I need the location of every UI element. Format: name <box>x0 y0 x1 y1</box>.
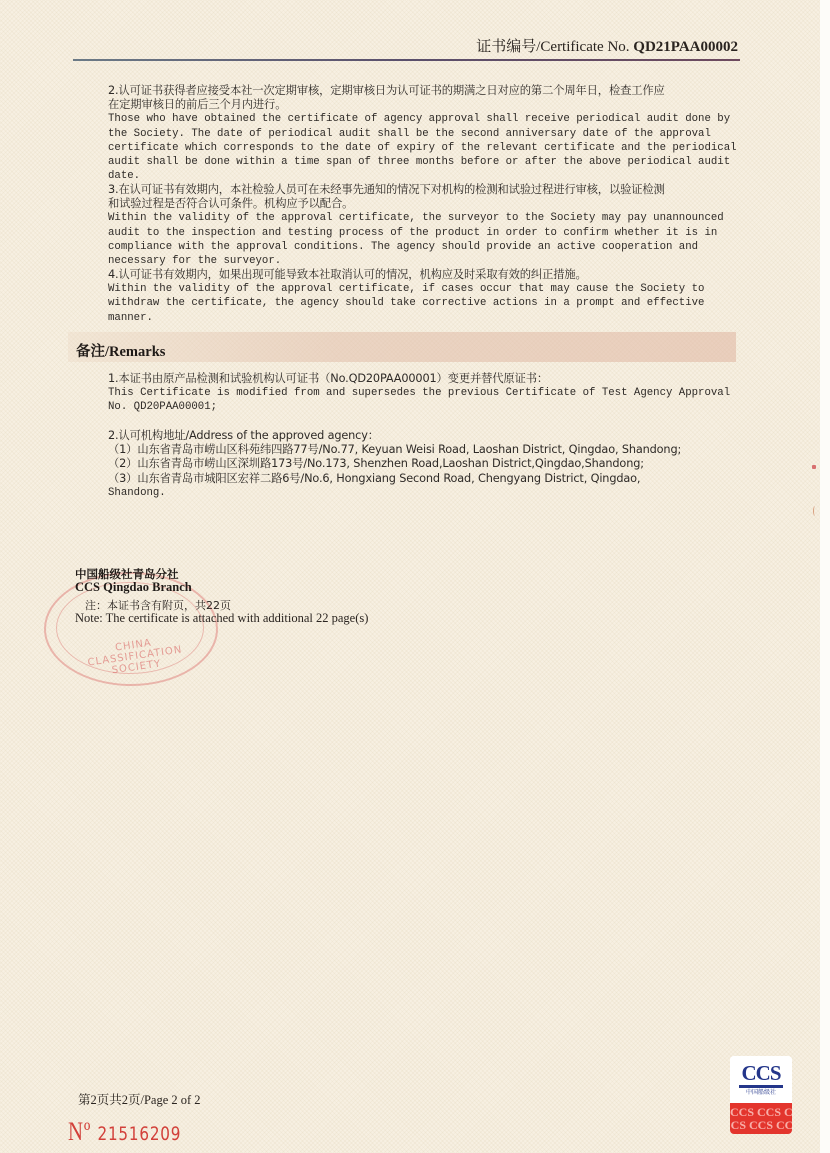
ccs-logo-label: CCS 中国船级社 CCS CCS CCS CCS C CCS CCS CCS … <box>730 1056 792 1134</box>
serial-digits: 21516209 <box>97 1123 181 1145</box>
remark-1-en-line: No. QD20PAA00001; <box>108 400 730 414</box>
remark-1-en-line: This Certificate is modified from and su… <box>108 386 730 400</box>
condition-2-en-line: the Society. The date of periodical audi… <box>108 127 737 141</box>
remarks-band <box>68 332 736 362</box>
remark-2-heading: 2.认可机构地址/Address of the approved agency： <box>108 429 681 443</box>
header-rule <box>73 59 740 61</box>
condition-4-en-line: withdraw the certificate, the agency sho… <box>108 296 704 310</box>
cert-number: QD21PAA00002 <box>633 39 738 55</box>
condition-3-cn-line: 和试验过程是否符合认可条件。机构应予以配合。 <box>108 197 724 211</box>
condition-2-cn-line: 2.认可证书获得者应接受本社一次定期审核，定期审核日为认可证书的期满之日对应的第… <box>108 84 737 98</box>
condition-2-en-line: date. <box>108 169 737 183</box>
remark-item-1: 1.本证书由原产品检测和试验机构认可证书（No.QD20PAA00001）变更并… <box>108 372 730 415</box>
condition-4-en-line: manner. <box>108 311 704 325</box>
ccs-logo-subtitle: 中国船级社 <box>730 1089 792 1097</box>
address-line: （2）山东省青岛市崂山区深圳路173号/No.173, Shenzhen Roa… <box>108 457 681 471</box>
condition-3: 3.在认可证书有效期内，本社检验人员可在未经事先通知的情况下对机构的检测和试验过… <box>108 183 724 268</box>
certificate-number-header: 证书编号/Certificate No. QD21PAA00002 <box>470 35 738 56</box>
condition-2-en-line: Those who have obtained the certificate … <box>108 112 737 126</box>
condition-2: 2.认可证书获得者应接受本社一次定期审核，定期审核日为认可证书的期满之日对应的第… <box>108 84 737 183</box>
page-number: 第2页共2页/Page 2 of 2 <box>78 1090 201 1108</box>
condition-4-cn-line: 4.认可证书有效期内，如果出现可能导致本社取消认可的情况，机构应及时采取有效的纠… <box>108 268 704 282</box>
ccs-logo-bar <box>739 1085 783 1088</box>
page-edge <box>820 0 830 1153</box>
numero-sign: Nº <box>68 1117 91 1146</box>
remarks-title: 备注/Remarks <box>76 340 165 361</box>
security-band-text: CCS CCS CCS CCS C <box>730 1119 792 1132</box>
condition-3-cn-line: 3.在认可证书有效期内，本社检验人员可在未经事先通知的情况下对机构的检测和试验过… <box>108 183 724 197</box>
address-line: （3）山东省青岛市城阳区宏祥二路6号/No.6, Hongxiang Secon… <box>108 472 681 486</box>
address-line: Shandong. <box>108 486 681 500</box>
address-line: （1）山东省青岛市崂山区科苑纬四路77号/No.77, Keyuan Weisi… <box>108 443 681 457</box>
attachment-note-en: Note: The certificate is attached with a… <box>75 611 368 626</box>
remark-item-2: 2.认可机构地址/Address of the approved agency：… <box>108 429 681 500</box>
condition-2-cn-line: 在定期审核日的前后三个月内进行。 <box>108 98 737 112</box>
condition-4: 4.认可证书有效期内，如果出现可能导致本社取消认可的情况，机构应及时采取有效的纠… <box>108 268 704 325</box>
condition-3-en-line: audit to the inspection and testing proc… <box>108 226 724 240</box>
condition-3-en-line: necessary for the surveyor. <box>108 254 724 268</box>
ccs-logo: CCS 中国船级社 <box>730 1056 792 1103</box>
ccs-security-band: CCS CCS CCS CCS C CCS CCS CCS CCS C <box>730 1103 792 1134</box>
condition-2-en-line: certificate which corresponds to the dat… <box>108 141 737 155</box>
condition-4-en-line: Within the validity of the approval cert… <box>108 282 704 296</box>
condition-2-en-line: audit shall be done within a time span o… <box>108 155 737 169</box>
edge-mark <box>812 465 816 469</box>
cert-label: 证书编号/Certificate No. <box>476 39 633 55</box>
serial-number: Nº21516209 <box>68 1117 181 1147</box>
condition-3-en-line: Within the validity of the approval cert… <box>108 211 724 225</box>
edge-mark <box>813 506 817 516</box>
condition-3-en-line: compliance with the approval conditions.… <box>108 240 724 254</box>
remark-1-cn: 1.本证书由原产品检测和试验机构认可证书（No.QD20PAA00001）变更并… <box>108 372 730 386</box>
ccs-logo-text: CCS <box>730 1056 792 1083</box>
issuer-name-en: CCS Qingdao Branch <box>75 580 192 595</box>
